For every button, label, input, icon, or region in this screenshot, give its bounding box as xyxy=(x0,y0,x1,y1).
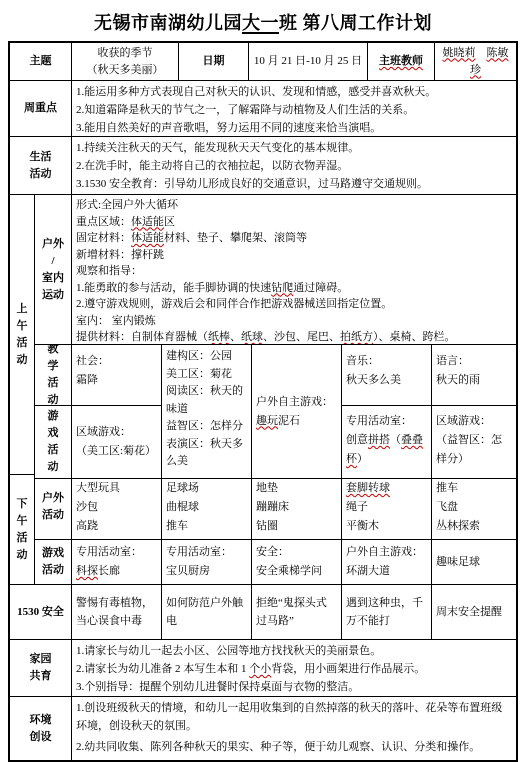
text-line: 区域游戏： xyxy=(436,412,512,431)
safety-c2: 如何防范户外触电 xyxy=(162,585,252,640)
am-teach-label: 教 学 活 动 xyxy=(35,345,72,406)
text-line: 钻圈 xyxy=(256,517,337,536)
text-line: 提供材料：自制体育器械（纸棒、纸球、沙包、尾巴、拍纸方）、桌椅、跨栏。 xyxy=(76,329,512,345)
text-line: （美工区:菊花） xyxy=(76,442,157,461)
text-line: 2.在洗手时，能主动将自己的衣袖拉起，以防衣物弄湿。 xyxy=(76,157,512,175)
label-char: 午 xyxy=(17,318,28,335)
label-line: / xyxy=(51,253,54,270)
text-line: 周末安全提醒 xyxy=(436,603,512,621)
safety-c5: 周末安全提醒 xyxy=(432,585,516,640)
text-line: 3.个别指导：提醒个别幼儿进餐时保持桌面与衣物的整洁。 xyxy=(76,678,512,696)
outdoor-free-game-cell: 户外自主游戏： 趣玩泥石 xyxy=(252,345,342,479)
label-char: 动 xyxy=(48,392,59,406)
label-line: 家园 xyxy=(30,651,52,668)
text-line: 形式:全园户外大循环 xyxy=(76,197,512,214)
am-col1: 社会： 霜降 区域游戏： （美工区:菊花） xyxy=(72,345,162,479)
label-char: 下 xyxy=(17,496,28,513)
safety-c1: 警惕有毒植物，当心误食中毒 xyxy=(72,585,162,640)
text-line: 警惕有毒植物，当心误食中毒 xyxy=(76,594,157,630)
label-line: 创设 xyxy=(30,729,52,746)
text-line: 社会： xyxy=(76,352,157,371)
text-line: 室内： 室内锻炼 xyxy=(76,313,512,330)
text-line: 推车 xyxy=(436,479,512,498)
safety-c3: 拒绝“鬼探头式过马路” xyxy=(252,585,342,640)
label-char: 活 xyxy=(17,530,28,547)
game-special-cell: 专用活动室： 创意拼搭（叠叠杯） xyxy=(342,406,432,479)
am-col5: 语言： 秋天的雨 区域游戏： （益智区：怎样分） xyxy=(432,345,516,479)
pm-label: 下 午 活 动 xyxy=(10,475,35,585)
label-char: 活 xyxy=(48,375,59,392)
teach-social-cell: 社会： 霜降 xyxy=(72,345,162,406)
text-line: 美工区：菊花 xyxy=(166,366,247,384)
game-region-cell: 区域游戏： （美工区:菊花） xyxy=(72,406,162,479)
pm-section: 下 午 活 动 户外 活动 大型玩具 沙包 高跷 足 xyxy=(10,475,516,585)
label-char: 动 xyxy=(48,459,59,476)
label-char: 动 xyxy=(17,352,28,369)
game-region2-cell: 区域游戏： （益智区：怎样分） xyxy=(432,406,516,479)
label-line: 活动 xyxy=(42,562,64,579)
theme-label: 主题 xyxy=(10,43,72,81)
text-line: 语言： xyxy=(436,352,512,371)
text-line: 阅读区：秋天的味道 xyxy=(166,383,247,418)
text-line: 2.请家长为幼儿准备 2 本写生本和 1 个小背袋，用小画架进行作品展示。 xyxy=(76,660,512,678)
text-line: 1.能运用多种方式表现自己对秋天的认识、发现和情感，感受并喜欢秋天。 xyxy=(76,83,512,101)
life-activity-label: 生活 活动 xyxy=(10,137,72,195)
pm-outdoor-label: 户外 活动 xyxy=(35,475,72,540)
text-line: 丛林探索 xyxy=(436,517,512,536)
text-line: 环湖大道 xyxy=(346,562,427,581)
label-line: 运动 xyxy=(42,287,64,304)
weekly-plan-page: 无锡市南湖幼儿园大一班 第八周工作计划 主题 收获的季节 （秋天多美丽） 日期 … xyxy=(0,0,526,762)
page-title: 无锡市南湖幼儿园大一班 第八周工作计划 xyxy=(0,0,526,41)
text-line: 1.能勇敢的参与活动，能手脚协调的快速钻爬通过障碍。 xyxy=(76,280,512,297)
label-char: 午 xyxy=(17,513,28,530)
theme-line1: 收获的季节 xyxy=(76,45,174,62)
text-line: 音乐： xyxy=(346,352,427,371)
pm-game-c2: 专用活动室： 宝贝厨房 xyxy=(162,540,252,585)
text-line: 宝贝厨房 xyxy=(166,562,247,581)
teacher-names: 姚晓莉 陈敏珍 xyxy=(435,43,516,81)
text-line: 1.持续关注秋天的天气，能发现秋天天气变化的基本规律。 xyxy=(76,139,512,157)
teach-music-cell: 音乐： 秋天多么美 xyxy=(342,345,432,406)
label-line: 活动 xyxy=(42,507,64,524)
am-label: 上 午 活 动 xyxy=(10,195,35,475)
label-char: 教 xyxy=(48,345,59,358)
header-row: 主题 收获的季节 （秋天多美丽） 日期 10 月 21 日-10 月 25 日 … xyxy=(10,43,516,81)
text-line: 安全乘梯学问 xyxy=(256,562,337,581)
environment-row: 环境 创设 1.创设班级秋天的情境，和幼儿一起用收集到的自然掉落的秋天的落叶、花… xyxy=(10,697,516,760)
text-line: 高跷 xyxy=(76,517,157,536)
text-line: 大型玩具 xyxy=(76,479,157,498)
text-line: 秋天多么美 xyxy=(346,371,427,390)
text-line: 户外自主游戏： xyxy=(256,393,337,412)
pm-outdoor-c1: 大型玩具 沙包 高跷 xyxy=(72,475,162,540)
label-line: 活动 xyxy=(30,166,52,183)
home-school-content: 1.请家长与幼儿一起去小区、公园等地方找找秋天的美丽景色。 2.请家长为幼儿准备… xyxy=(72,640,516,697)
date-text: 10 月 21 日-10 月 25 日 xyxy=(253,53,363,70)
text-line: 创意拼搭（叠叠杯） xyxy=(346,431,427,469)
text-line: 绳子 xyxy=(346,498,427,517)
teacher-label: 主班教师 xyxy=(368,43,435,81)
week-focus-content: 1.能运用多种方式表现自己对秋天的认识、发现和情感，感受并喜欢秋天。 2.知道霜… xyxy=(72,81,516,137)
text-line: 重点区域：体适能区 xyxy=(76,214,512,231)
text-line: 曲棍球 xyxy=(166,498,247,517)
am-col4: 音乐： 秋天多么美 专用活动室： 创意拼搭（叠叠杯） xyxy=(342,345,432,479)
theme-value: 收获的季节 （秋天多美丽） xyxy=(72,43,179,81)
text-line: 2.知道霜降是秋天的节气之一，了解霜降与动植物及人们生活的关系。 xyxy=(76,101,512,119)
label-line: 生活 xyxy=(30,149,52,166)
text-line: 专用活动室： xyxy=(166,543,247,562)
label-char: 游 xyxy=(48,408,59,425)
safety-c4: 遇到这种虫，千万不能打 xyxy=(342,585,432,640)
date-value: 10 月 21 日-10 月 25 日 xyxy=(249,43,368,81)
label-char: 上 xyxy=(17,301,28,318)
text-line: 趣味足球 xyxy=(436,554,512,571)
text-line: 专用活动室： xyxy=(346,412,427,431)
label-char: 戏 xyxy=(48,425,59,442)
pm-outdoor-row: 户外 活动 大型玩具 沙包 高跷 足球场 曲棍球 推车 地垫 xyxy=(35,475,516,540)
safety-row: 1530 安全 警惕有毒植物，当心误食中毒 如何防范户外触电 拒绝“鬼探头式过马… xyxy=(10,585,516,640)
pm-body: 户外 活动 大型玩具 沙包 高跷 足球场 曲棍球 推车 地垫 xyxy=(35,475,516,585)
am-teach-game-labels: 教 学 活 动 游 戏 活 动 xyxy=(35,345,72,479)
label-line: 游戏 xyxy=(42,545,64,562)
teach-corners-cell: 建构区：公园 美工区：菊花 阅读区：秋天的味道 益智区：怎样分 表演区：秋天多么… xyxy=(162,345,252,479)
text-line: 1.请家长与幼儿一起去小区、公园等地方找找秋天的美丽景色。 xyxy=(76,642,512,660)
pm-outdoor-c5: 推车 飞盘 丛林探索 xyxy=(432,475,516,540)
text-line: 秋天的雨 xyxy=(436,371,512,390)
text-line: 沙包 xyxy=(76,498,157,517)
text-line: 1.创设班级秋天的情境，和幼儿一起用收集到的自然掉落的秋天的落叶、花朵等布置班级… xyxy=(76,700,512,735)
am-section: 上 午 活 动 户外 / 室内 运动 形式:全园户外大循环 重点区域：体适能 xyxy=(10,195,516,475)
pm-game-label: 游戏 活动 xyxy=(35,540,72,585)
text-line: 遇到这种虫，千万不能打 xyxy=(346,594,427,630)
pm-game-row: 游戏 活动 专用活动室： 科探长廊 专用活动室： 宝贝厨房 安全： 安全乘梯学问 xyxy=(35,540,516,585)
date-label: 日期 xyxy=(179,43,249,81)
text-line: 2.幼共同收集、陈列各种秋天的果实、种子等，便于幼儿观察、认识、分类和操作。 xyxy=(76,739,512,757)
environment-label: 环境 创设 xyxy=(10,697,72,760)
life-activity-row: 生活 活动 1.持续关注秋天的天气，能发现秋天天气变化的基本规律。 2.在洗手时… xyxy=(10,137,516,195)
text-line: 观察和指导： xyxy=(76,263,512,280)
label-char: 活 xyxy=(48,442,59,459)
safety-label: 1530 安全 xyxy=(10,585,72,640)
am-sport-row: 户外 / 室内 运动 形式:全园户外大循环 重点区域：体适能区 固定材料：体适能… xyxy=(35,195,516,345)
teacher-names-text: 姚晓莉 陈敏珍 xyxy=(439,45,512,79)
text-line: 拒绝“鬼探头式过马路” xyxy=(256,594,337,630)
text-line: 飞盘 xyxy=(436,498,512,517)
text-line: 专用活动室： xyxy=(76,543,157,562)
label-line: 户外 xyxy=(42,236,64,253)
am-teach-game-row: 教 学 活 动 游 戏 活 动 xyxy=(35,345,516,479)
pm-outdoor-c4: 套脚转球 绳子 平衡木 xyxy=(342,475,432,540)
text-line: 趣玩泥石 xyxy=(256,412,337,431)
text-line: 蹦蹦床 xyxy=(256,498,337,517)
text-line: 表演区：秋天多么美 xyxy=(166,436,247,471)
text-line: 3.1530 安全教育：引导幼儿形成良好的交通意识，过马路遵守交通规则。 xyxy=(76,175,512,193)
text-line: 建构区：公园 xyxy=(166,348,247,366)
text-line: 固定材料：体适能材料、垫子、攀爬架、滚筒等 xyxy=(76,230,512,247)
teach-language-cell: 语言： 秋天的雨 xyxy=(432,345,516,406)
text-line: 益智区：怎样分 xyxy=(166,418,247,436)
am-body: 户外 / 室内 运动 形式:全园户外大循环 重点区域：体适能区 固定材料：体适能… xyxy=(35,195,516,475)
label-char: 活 xyxy=(17,335,28,352)
am-sport-content: 形式:全园户外大循环 重点区域：体适能区 固定材料：体适能材料、垫子、攀爬架、滚… xyxy=(72,195,516,345)
text-line: 地垫 xyxy=(256,479,337,498)
home-school-label: 家园 共育 xyxy=(10,640,72,697)
text-line: 区域游戏： xyxy=(76,423,157,442)
text-line: 新增材料：撑杆跳 xyxy=(76,247,512,264)
pm-game-c5: 趣味足球 xyxy=(432,540,516,585)
pm-game-c4: 户外自主游戏： 环湖大道 xyxy=(342,540,432,585)
text-line: 推车 xyxy=(166,517,247,536)
am-sport-label: 户外 / 室内 运动 xyxy=(35,195,72,345)
teacher-label-text: 主班教师 xyxy=(379,53,423,70)
label-line: 户外 xyxy=(42,490,64,507)
label-line: 环境 xyxy=(30,712,52,729)
home-school-row: 家园 共育 1.请家长与幼儿一起去小区、公园等地方找找秋天的美丽景色。 2.请家… xyxy=(10,640,516,697)
week-focus-row: 周重点 1.能运用多种方式表现自己对秋天的认识、发现和情感，感受并喜欢秋天。 2… xyxy=(10,81,516,137)
text-line: 霜降 xyxy=(76,371,157,390)
text-line: 3.能用自然美好的声音歌唱，努力运用不同的速度来恰当演唱。 xyxy=(76,119,512,137)
pm-game-c3: 安全： 安全乘梯学问 xyxy=(252,540,342,585)
text-line: 平衡木 xyxy=(346,517,427,536)
text-line: 如何防范户外触电 xyxy=(166,594,247,630)
text-line: （益智区：怎样分） xyxy=(436,431,512,469)
label-line: 共育 xyxy=(30,668,52,685)
am-game-label: 游 戏 活 动 xyxy=(35,406,72,479)
week-focus-label: 周重点 xyxy=(10,81,72,137)
plan-table: 主题 收获的季节 （秋天多美丽） 日期 10 月 21 日-10 月 25 日 … xyxy=(8,41,518,762)
theme-line2: （秋天多美丽） xyxy=(76,62,174,79)
text-line: 套脚转球 xyxy=(346,479,427,498)
text-line: 科探长廊 xyxy=(76,562,157,581)
pm-game-c1: 专用活动室： 科探长廊 xyxy=(72,540,162,585)
text-line: 户外自主游戏： xyxy=(346,543,427,562)
text-line: 2.遵守游戏规则，游戏后会和同伴合作把游戏器械送回指定位置。 xyxy=(76,296,512,313)
label-line: 室内 xyxy=(42,270,64,287)
label-char: 动 xyxy=(17,547,28,564)
text-line: 足球场 xyxy=(166,479,247,498)
pm-outdoor-c3: 地垫 蹦蹦床 钻圈 xyxy=(252,475,342,540)
text-line: 安全： xyxy=(256,543,337,562)
life-activity-content: 1.持续关注秋天的天气，能发现秋天天气变化的基本规律。 2.在洗手时，能主动将自… xyxy=(72,137,516,195)
pm-outdoor-c2: 足球场 曲棍球 推车 xyxy=(162,475,252,540)
environment-content: 1.创设班级秋天的情境，和幼儿一起用收集到的自然掉落的秋天的落叶、花朵等布置班级… xyxy=(72,697,516,760)
label-char: 学 xyxy=(48,358,59,375)
